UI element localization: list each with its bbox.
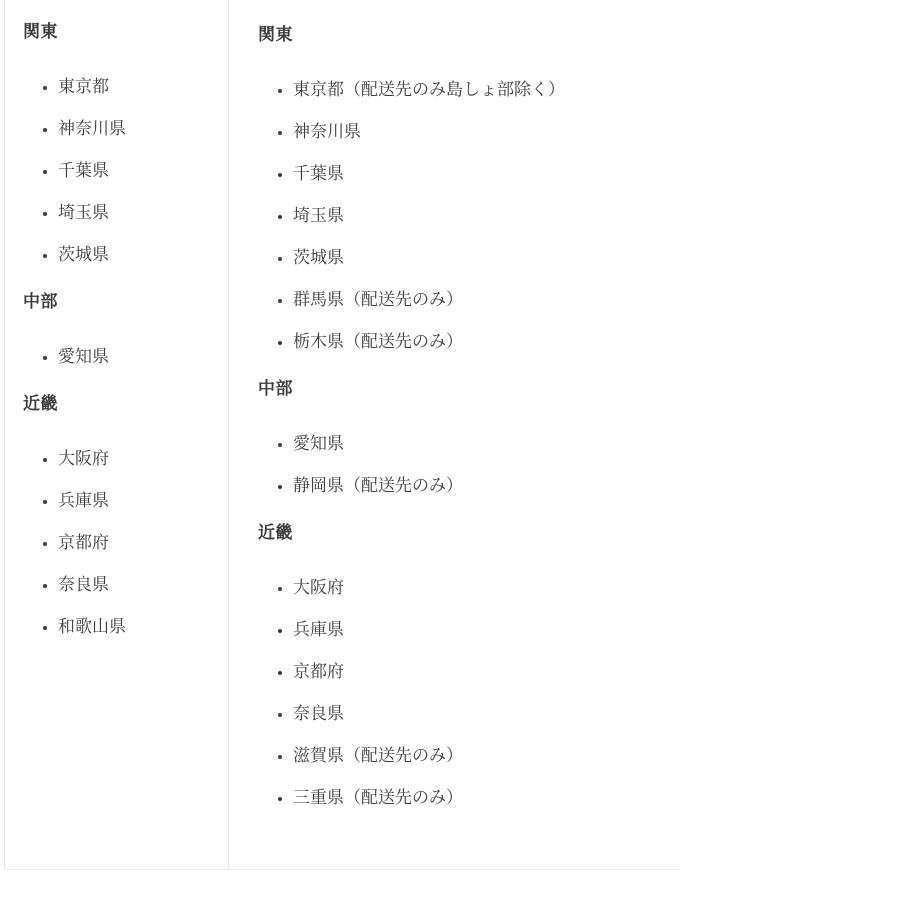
prefecture-list-item: 大阪府: [293, 579, 670, 597]
region-title: 中部: [258, 379, 670, 399]
region-title: 近畿: [258, 523, 670, 543]
region-title: 近畿: [23, 394, 220, 414]
prefecture-list: 愛知県 静岡県（配送先のみ）: [258, 435, 670, 495]
prefecture-list-item: 愛知県: [293, 435, 670, 453]
prefecture-list-item: 奈良県: [58, 576, 220, 594]
prefecture-list-item: 千葉県: [58, 162, 220, 180]
prefecture-list-item: 京都府: [58, 534, 220, 552]
region-title: 中部: [23, 292, 220, 312]
region-section: 近畿 大阪府 兵庫県 京都府 奈良県 和歌山県: [23, 394, 220, 636]
prefecture-list: 愛知県: [23, 348, 220, 366]
prefecture-list-item: 神奈川県: [58, 120, 220, 138]
prefecture-list-item: 京都府: [293, 663, 670, 681]
prefecture-list-item: 埼玉県: [293, 207, 670, 225]
delivery-area-table: 関東 東京都 神奈川県 千葉県 埼玉県 茨城県 中部 愛知県 近畿 大阪府 兵庫…: [4, 0, 680, 870]
prefecture-list-item: 埼玉県: [58, 204, 220, 222]
left-column: 関東 東京都 神奈川県 千葉県 埼玉県 茨城県 中部 愛知県 近畿 大阪府 兵庫…: [5, 0, 229, 869]
prefecture-list: 東京都（配送先のみ島しょ部除く） 神奈川県 千葉県 埼玉県 茨城県 群馬県（配送…: [258, 81, 670, 351]
right-column: 関東 東京都（配送先のみ島しょ部除く） 神奈川県 千葉県 埼玉県 茨城県 群馬県…: [229, 0, 680, 869]
prefecture-list-item: 大阪府: [58, 450, 220, 468]
prefecture-list-item: 栃木県（配送先のみ）: [293, 333, 670, 351]
prefecture-list-item: 東京都（配送先のみ島しょ部除く）: [293, 81, 670, 99]
prefecture-list-item: 茨城県: [293, 249, 670, 267]
region-section: 近畿 大阪府 兵庫県 京都府 奈良県 滋賀県（配送先のみ） 三重県（配送先のみ）: [258, 523, 670, 807]
prefecture-list: 大阪府 兵庫県 京都府 奈良県 滋賀県（配送先のみ） 三重県（配送先のみ）: [258, 579, 670, 807]
prefecture-list-item: 愛知県: [58, 348, 220, 366]
prefecture-list-item: 静岡県（配送先のみ）: [293, 477, 670, 495]
prefecture-list: 大阪府 兵庫県 京都府 奈良県 和歌山県: [23, 450, 220, 636]
prefecture-list-item: 群馬県（配送先のみ）: [293, 291, 670, 309]
prefecture-list-item: 兵庫県: [58, 492, 220, 510]
region-title: 関東: [258, 25, 670, 45]
region-section: 中部 愛知県: [23, 292, 220, 366]
prefecture-list-item: 東京都: [58, 78, 220, 96]
prefecture-list-item: 奈良県: [293, 705, 670, 723]
prefecture-list-item: 三重県（配送先のみ）: [293, 789, 670, 807]
prefecture-list-item: 千葉県: [293, 165, 670, 183]
prefecture-list-item: 神奈川県: [293, 123, 670, 141]
prefecture-list-item: 滋賀県（配送先のみ）: [293, 747, 670, 765]
page: 関東 東京都 神奈川県 千葉県 埼玉県 茨城県 中部 愛知県 近畿 大阪府 兵庫…: [0, 0, 900, 900]
prefecture-list: 東京都 神奈川県 千葉県 埼玉県 茨城県: [23, 78, 220, 264]
prefecture-list-item: 兵庫県: [293, 621, 670, 639]
region-section: 関東 東京都 神奈川県 千葉県 埼玉県 茨城県: [23, 22, 220, 264]
region-title: 関東: [23, 22, 220, 42]
prefecture-list-item: 和歌山県: [58, 618, 220, 636]
prefecture-list-item: 茨城県: [58, 246, 220, 264]
region-section: 中部 愛知県 静岡県（配送先のみ）: [258, 379, 670, 495]
region-section: 関東 東京都（配送先のみ島しょ部除く） 神奈川県 千葉県 埼玉県 茨城県 群馬県…: [258, 25, 670, 351]
